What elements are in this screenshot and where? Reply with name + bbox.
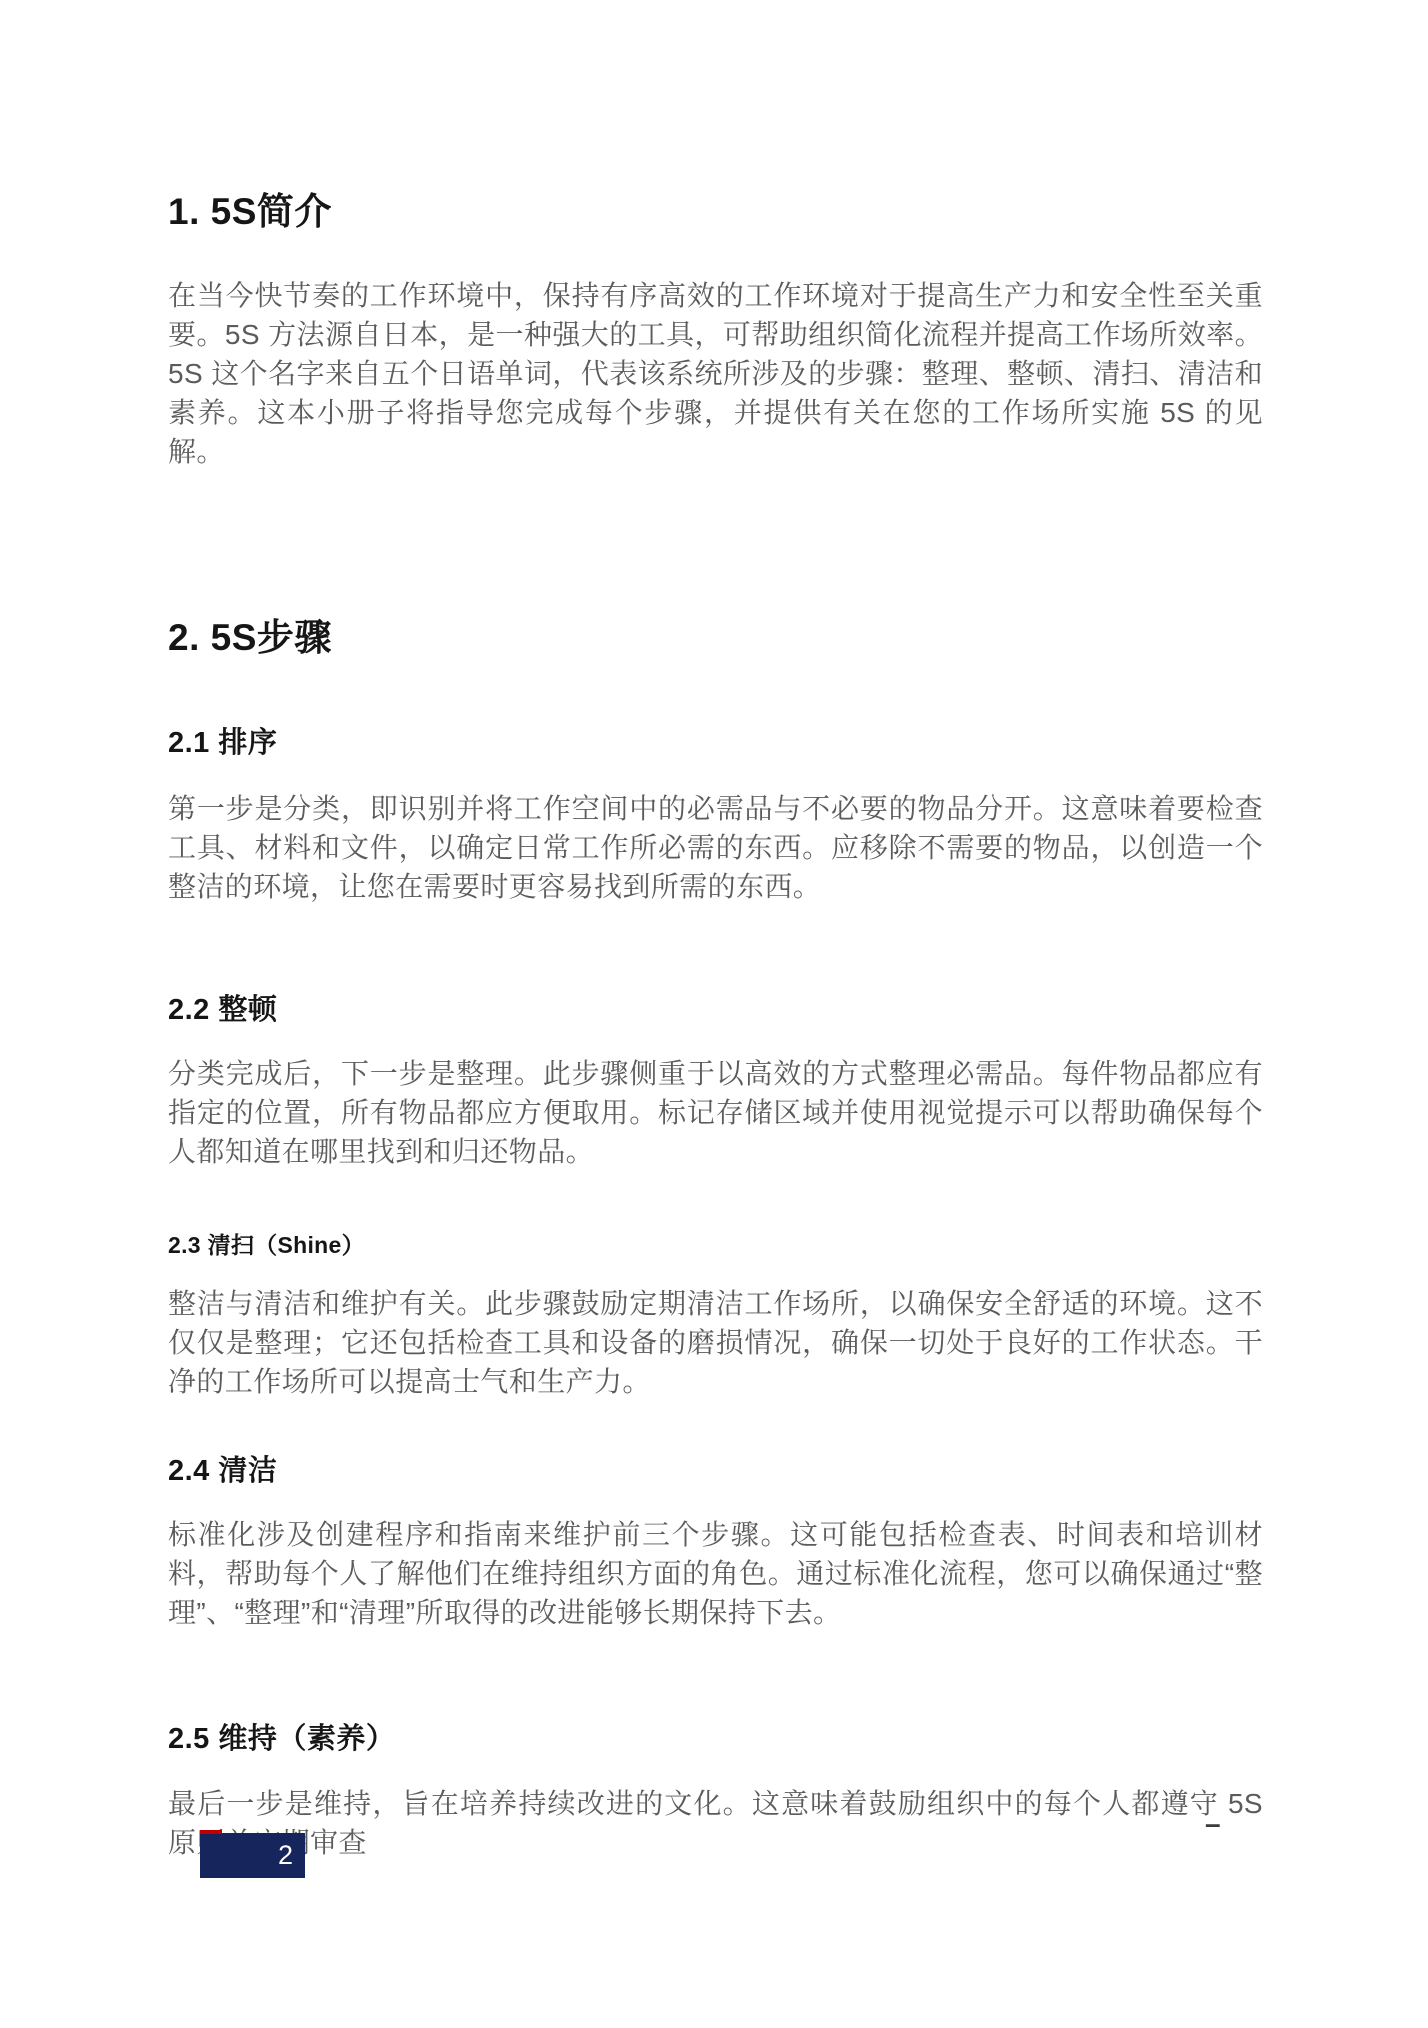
document-content: 1. 5S简介 在当今快节奏的工作环境中，保持有序高效的工作环境对于提高生产力和…: [168, 0, 1263, 1862]
paragraph-2-2-set-in-order: 分类完成后，下一步是整理。此步骤侧重于以高效的方式整理必需品。每件物品都应有指定…: [168, 1054, 1263, 1171]
document-page: 1. 5S简介 在当今快节奏的工作环境中，保持有序高效的工作环境对于提高生产力和…: [0, 0, 1428, 2028]
heading-2-4-standardize: 2.4 清洁: [168, 1453, 1263, 1489]
paragraph-2-1-sort: 第一步是分类，即识别并将工作空间中的必需品与不必要的物品分开。这意味着要检查工具…: [168, 789, 1263, 906]
paragraph-5s-intro: 在当今快节奏的工作环境中，保持有序高效的工作环境对于提高生产力和安全性至关重要。…: [168, 276, 1263, 471]
heading-5s-steps: 2. 5S步骤: [168, 616, 1263, 660]
stray-dash-mark: –: [1205, 1808, 1221, 1840]
paragraph-2-5-sustain: 最后一步是维持，旨在培养持续改进的文化。这意味着鼓励组织中的每个人都遵守 5S …: [168, 1784, 1263, 1862]
heading-2-3-shine: 2.3 清扫（Shine）: [168, 1231, 1263, 1260]
red-tick-mark: [200, 1830, 222, 1834]
heading-2-1-sort: 2.1 排序: [168, 725, 1263, 761]
page-number: 2: [200, 1833, 305, 1878]
heading-2-2-set-in-order: 2.2 整顿: [168, 992, 1263, 1028]
page-number-box: 2: [200, 1833, 305, 1878]
heading-5s-intro: 1. 5S简介: [168, 190, 1263, 234]
paragraph-2-3-shine: 整洁与清洁和维护有关。此步骤鼓励定期清洁工作场所，以确保安全舒适的环境。这不仅仅…: [168, 1284, 1263, 1401]
heading-2-5-sustain: 2.5 维持（素养）: [168, 1721, 1263, 1757]
paragraph-2-4-standardize: 标准化涉及创建程序和指南来维护前三个步骤。这可能包括检查表、时间表和培训材料，帮…: [168, 1515, 1263, 1632]
